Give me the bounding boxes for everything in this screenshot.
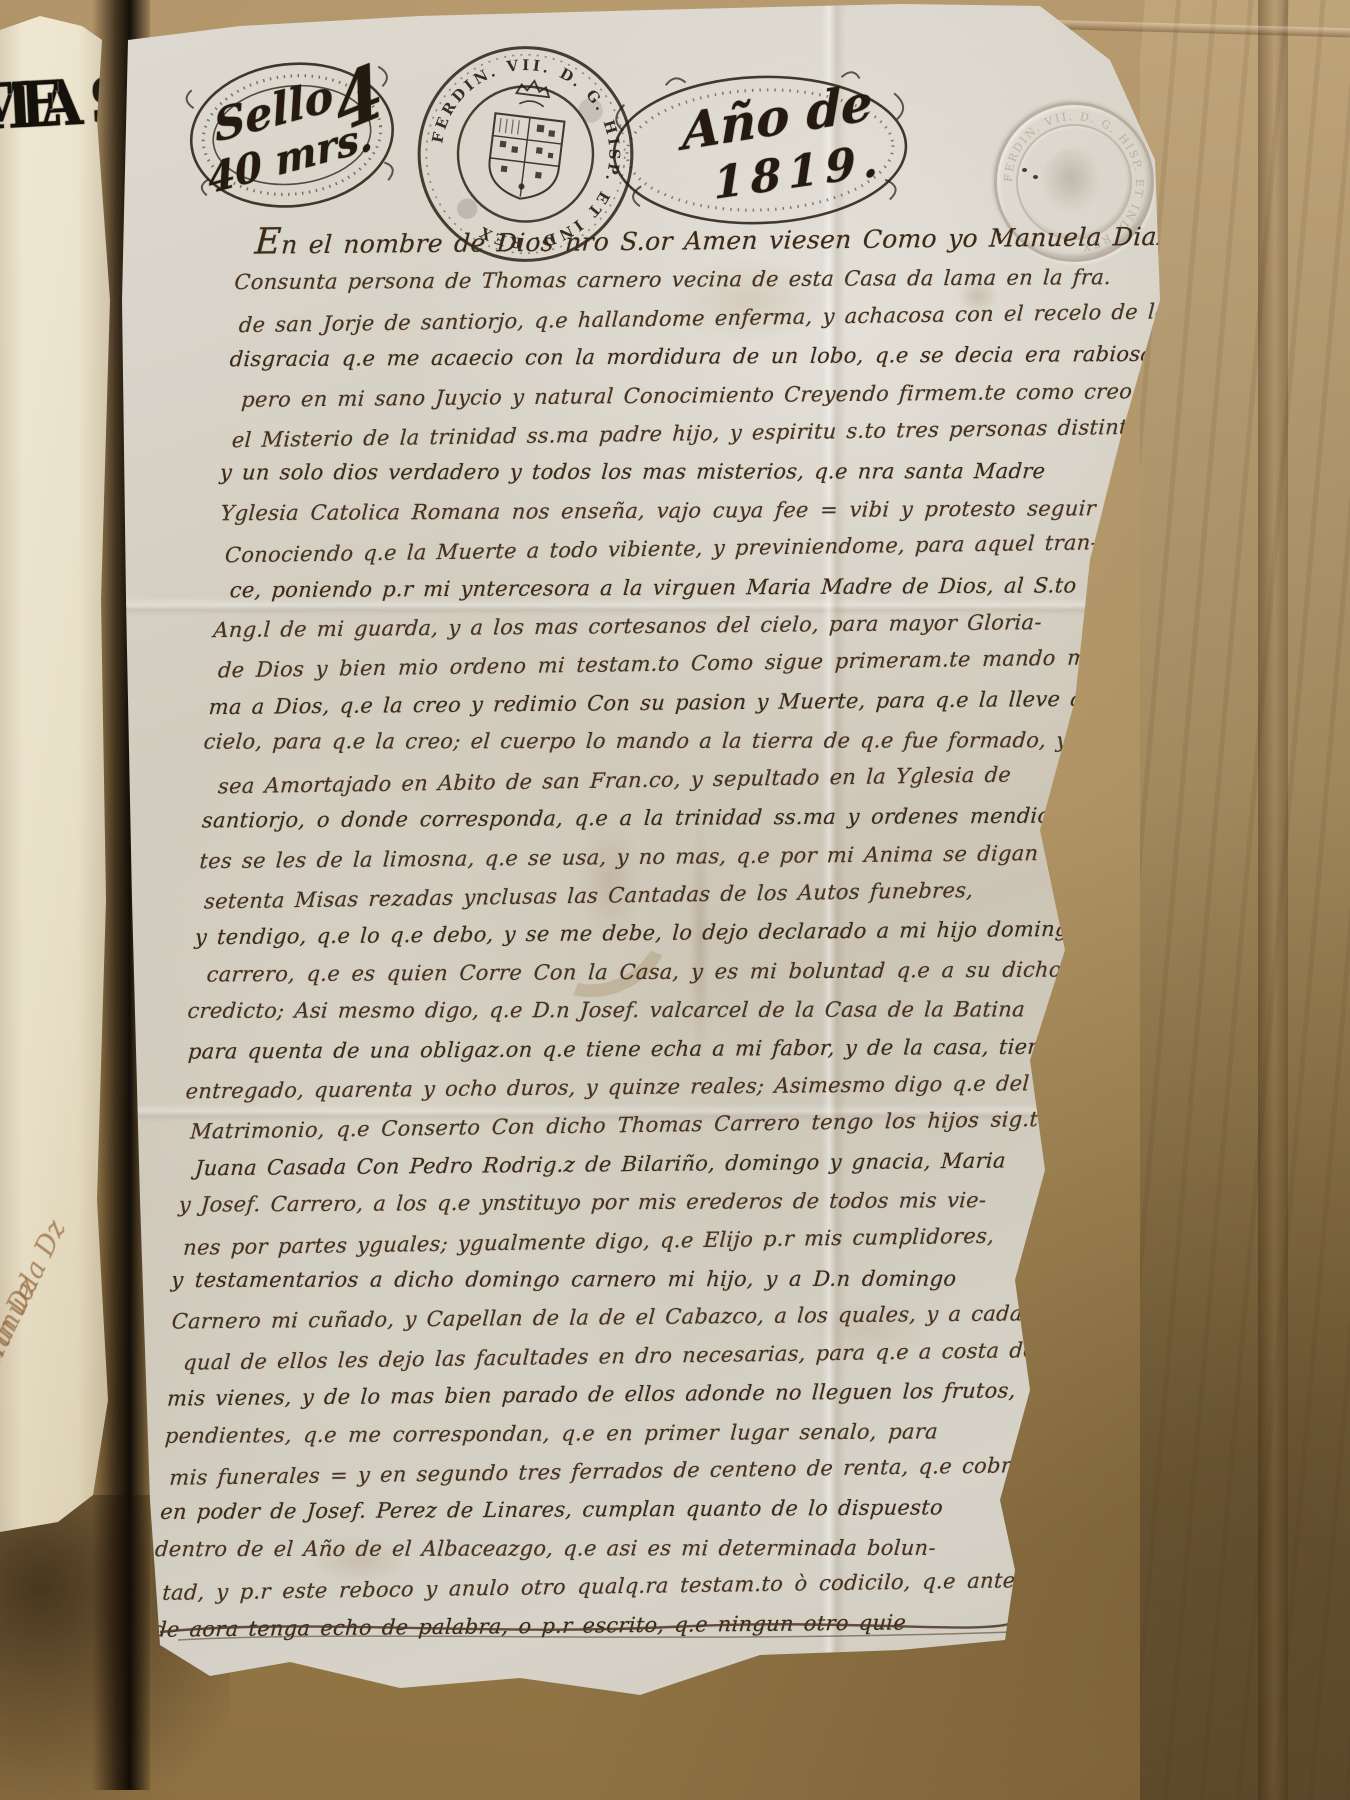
- cardboard-corrugation: [1140, 0, 1350, 1800]
- manuscript-text: En el nombre de Dios nro S.or Amen viese…: [152, 215, 1128, 1648]
- ink-speck: [1022, 168, 1027, 172]
- cardboard-fold-edge: [1258, 0, 1288, 1800]
- ink-speck: [1033, 175, 1038, 179]
- manuscript-line: ma a Dios, q.e la creo y redimio Con su …: [208, 679, 1100, 726]
- closing-flourish-rule: [150, 1608, 1030, 1654]
- manuscript-line: ce, poniendo p.r mi yntercesora a la vir…: [229, 566, 1107, 609]
- manuscript-line: En el nombre de Dios nro S.or Amen viese…: [253, 215, 1127, 265]
- printed-fragment-line: TE: [0, 67, 71, 144]
- marginalia-line: Da Manuela Dz: [0, 1213, 78, 1420]
- document-page: Sello 4 40 mrs. FERDIN. VII. D. G. HISP.…: [110, 0, 1180, 1710]
- anio-1819-stamp: Año de 1819.: [605, 65, 915, 236]
- manuscript-line: y testamentarios a dicho domingo carnero…: [170, 1259, 1065, 1299]
- manuscript-line: y un solo dios verdadero y todos los mas…: [219, 452, 1114, 492]
- manuscript-line: y tendigo, q.e lo q.e debo, y se me debe…: [194, 910, 1086, 957]
- marginalia-line: Aquirin Dz: [0, 1271, 50, 1421]
- sello-40-mrs-stamp: Sello 4 40 mrs.: [177, 47, 407, 224]
- manuscript-line: credicto; Asi mesmo digo, q.e D.n Josef.…: [186, 990, 1081, 1030]
- coat-of-arms-shield: [486, 77, 569, 203]
- manuscript-line: en poder de Josef. Perez de Linares, cum…: [159, 1488, 1051, 1532]
- photo-of-1819-manuscript: MASTE Da Manuela DzAquirin Dz Sello 4 40…: [0, 0, 1350, 1800]
- manuscript-line: carrero, q.e es quien Corre Con la Casa,…: [205, 950, 1083, 993]
- manuscript-line: mis vienes, y de lo mas bien parado de e…: [166, 1371, 1058, 1418]
